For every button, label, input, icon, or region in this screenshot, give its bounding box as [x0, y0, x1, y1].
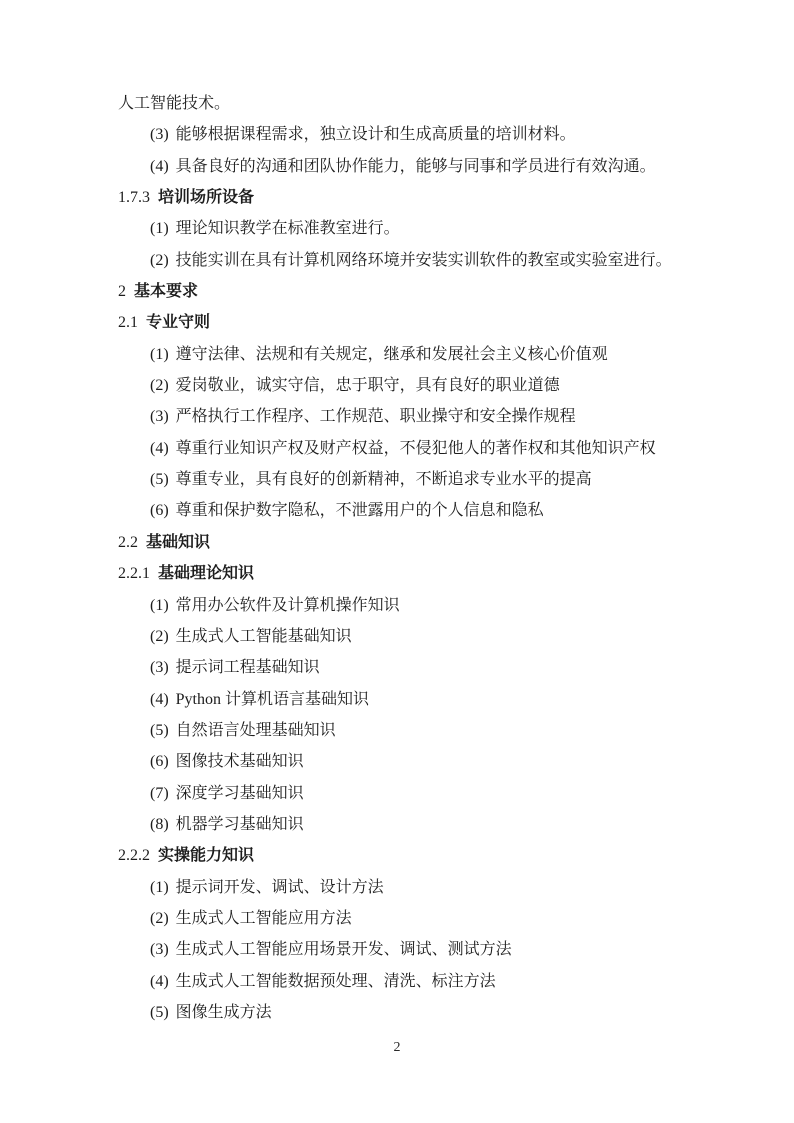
item-text: Python 计算机语言基础知识 — [176, 691, 369, 708]
numbered-item: (4)具备良好的沟通和团队协作能力，能够与同事和学员进行有效沟通。 — [118, 151, 678, 182]
section-heading-2-2: 2.2基础知识 — [118, 527, 678, 558]
numbered-item: (4)生成式人工智能数据预处理、清洗、标注方法 — [118, 966, 678, 997]
item-number: (5) — [150, 464, 169, 495]
heading-number: 2.1 — [118, 307, 138, 338]
item-number: (4) — [150, 684, 169, 715]
numbered-item: (4)尊重行业知识产权及财产权益，不侵犯他人的著作权和其他知识产权 — [118, 433, 678, 464]
item-text: 生成式人工智能应用方法 — [176, 910, 352, 927]
heading-label: 基础理论知识 — [158, 565, 254, 582]
item-number: (4) — [150, 966, 169, 997]
section-heading-1-7-3: 1.7.3培训场所设备 — [118, 182, 678, 213]
paragraph-line: 人工智能技术。 — [118, 88, 678, 119]
section-heading-2-2-1: 2.2.1基础理论知识 — [118, 558, 678, 589]
document-page: { "document": { "lines": [ { "type": "bo… — [0, 0, 794, 1123]
numbered-item: (3)生成式人工智能应用场景开发、调试、测试方法 — [118, 934, 678, 965]
section-heading-2-2-2: 2.2.2实操能力知识 — [118, 840, 678, 871]
numbered-item: (2)生成式人工智能基础知识 — [118, 621, 678, 652]
item-text: 自然语言处理基础知识 — [176, 722, 336, 739]
item-number: (2) — [150, 245, 169, 276]
numbered-item: (2)爱岗敬业，诚实守信，忠于职守，具有良好的职业道德 — [118, 370, 678, 401]
item-text: 尊重专业，具有良好的创新精神，不断追求专业水平的提高 — [176, 471, 592, 488]
item-number: (2) — [150, 903, 169, 934]
item-text: 尊重行业知识产权及财产权益，不侵犯他人的著作权和其他知识产权 — [176, 440, 656, 457]
item-text: 生成式人工智能应用场景开发、调试、测试方法 — [176, 941, 512, 958]
item-number: (3) — [150, 119, 169, 150]
item-text: 技能实训在具有计算机网络环境并安装实训软件的教室或实验室进行。 — [176, 252, 672, 269]
heading-number: 2.2.2 — [118, 840, 150, 871]
item-number: (5) — [150, 715, 169, 746]
item-text: 具备良好的沟通和团队协作能力，能够与同事和学员进行有效沟通。 — [176, 158, 656, 175]
item-number: (3) — [150, 652, 169, 683]
item-text: 机器学习基础知识 — [176, 816, 304, 833]
item-text: 遵守法律、法规和有关规定，继承和发展社会主义核心价值观 — [176, 346, 608, 363]
item-text: 生成式人工智能数据预处理、清洗、标注方法 — [176, 973, 496, 990]
item-number: (2) — [150, 621, 169, 652]
numbered-item: (4)Python 计算机语言基础知识 — [118, 684, 678, 715]
item-number: (4) — [150, 433, 169, 464]
item-text: 常用办公软件及计算机操作知识 — [176, 597, 400, 614]
item-number: (4) — [150, 151, 169, 182]
heading-label: 培训场所设备 — [158, 189, 254, 206]
numbered-item: (1)提示词开发、调试、设计方法 — [118, 872, 678, 903]
item-text: 提示词开发、调试、设计方法 — [176, 879, 384, 896]
item-text: 图像技术基础知识 — [176, 753, 304, 770]
numbered-item: (8)机器学习基础知识 — [118, 809, 678, 840]
heading-number: 2 — [118, 276, 126, 307]
heading-label: 基础知识 — [146, 534, 210, 551]
item-text: 图像生成方法 — [176, 1004, 272, 1021]
numbered-item: (3)能够根据课程需求，独立设计和生成高质量的培训材料。 — [118, 119, 678, 150]
item-number: (1) — [150, 590, 169, 621]
item-number: (1) — [150, 872, 169, 903]
item-number: (8) — [150, 809, 169, 840]
item-number: (3) — [150, 401, 169, 432]
numbered-item: (5)尊重专业，具有良好的创新精神，不断追求专业水平的提高 — [118, 464, 678, 495]
item-number: (1) — [150, 213, 169, 244]
section-heading-2-1: 2.1专业守则 — [118, 307, 678, 338]
heading-label: 实操能力知识 — [158, 847, 254, 864]
numbered-item: (6)图像技术基础知识 — [118, 746, 678, 777]
section-heading-2: 2基本要求 — [118, 276, 678, 307]
item-text: 严格执行工作程序、工作规范、职业操守和安全操作规程 — [176, 408, 576, 425]
item-text: 爱岗敬业，诚实守信，忠于职守，具有良好的职业道德 — [176, 377, 560, 394]
paragraph-text: 人工智能技术。 — [118, 95, 230, 112]
item-text: 深度学习基础知识 — [176, 785, 304, 802]
numbered-item: (1)遵守法律、法规和有关规定，继承和发展社会主义核心价值观 — [118, 339, 678, 370]
item-number: (2) — [150, 370, 169, 401]
item-number: (6) — [150, 746, 169, 777]
numbered-item: (3)严格执行工作程序、工作规范、职业操守和安全操作规程 — [118, 401, 678, 432]
item-number: (7) — [150, 778, 169, 809]
heading-number: 1.7.3 — [118, 182, 150, 213]
document-body: 人工智能技术。 (3)能够根据课程需求，独立设计和生成高质量的培训材料。 (4)… — [118, 88, 678, 1028]
numbered-item: (6)尊重和保护数字隐私，不泄露用户的个人信息和隐私 — [118, 495, 678, 526]
item-number: (5) — [150, 997, 169, 1028]
numbered-item: (3)提示词工程基础知识 — [118, 652, 678, 683]
heading-number: 2.2 — [118, 527, 138, 558]
numbered-item: (2)技能实训在具有计算机网络环境并安装实训软件的教室或实验室进行。 — [118, 245, 678, 276]
item-text: 尊重和保护数字隐私，不泄露用户的个人信息和隐私 — [176, 502, 544, 519]
item-text: 生成式人工智能基础知识 — [176, 628, 352, 645]
heading-label: 基本要求 — [134, 283, 198, 300]
heading-number: 2.2.1 — [118, 558, 150, 589]
item-text: 能够根据课程需求，独立设计和生成高质量的培训材料。 — [176, 126, 576, 143]
item-text: 理论知识教学在标准教室进行。 — [176, 220, 400, 237]
item-number: (6) — [150, 495, 169, 526]
item-number: (3) — [150, 934, 169, 965]
item-number: (1) — [150, 339, 169, 370]
heading-label: 专业守则 — [146, 314, 210, 331]
page-number: 2 — [0, 1038, 794, 1058]
numbered-item: (5)自然语言处理基础知识 — [118, 715, 678, 746]
numbered-item: (7)深度学习基础知识 — [118, 778, 678, 809]
numbered-item: (1)理论知识教学在标准教室进行。 — [118, 213, 678, 244]
numbered-item: (1)常用办公软件及计算机操作知识 — [118, 590, 678, 621]
numbered-item: (2)生成式人工智能应用方法 — [118, 903, 678, 934]
item-text: 提示词工程基础知识 — [176, 659, 320, 676]
numbered-item: (5)图像生成方法 — [118, 997, 678, 1028]
